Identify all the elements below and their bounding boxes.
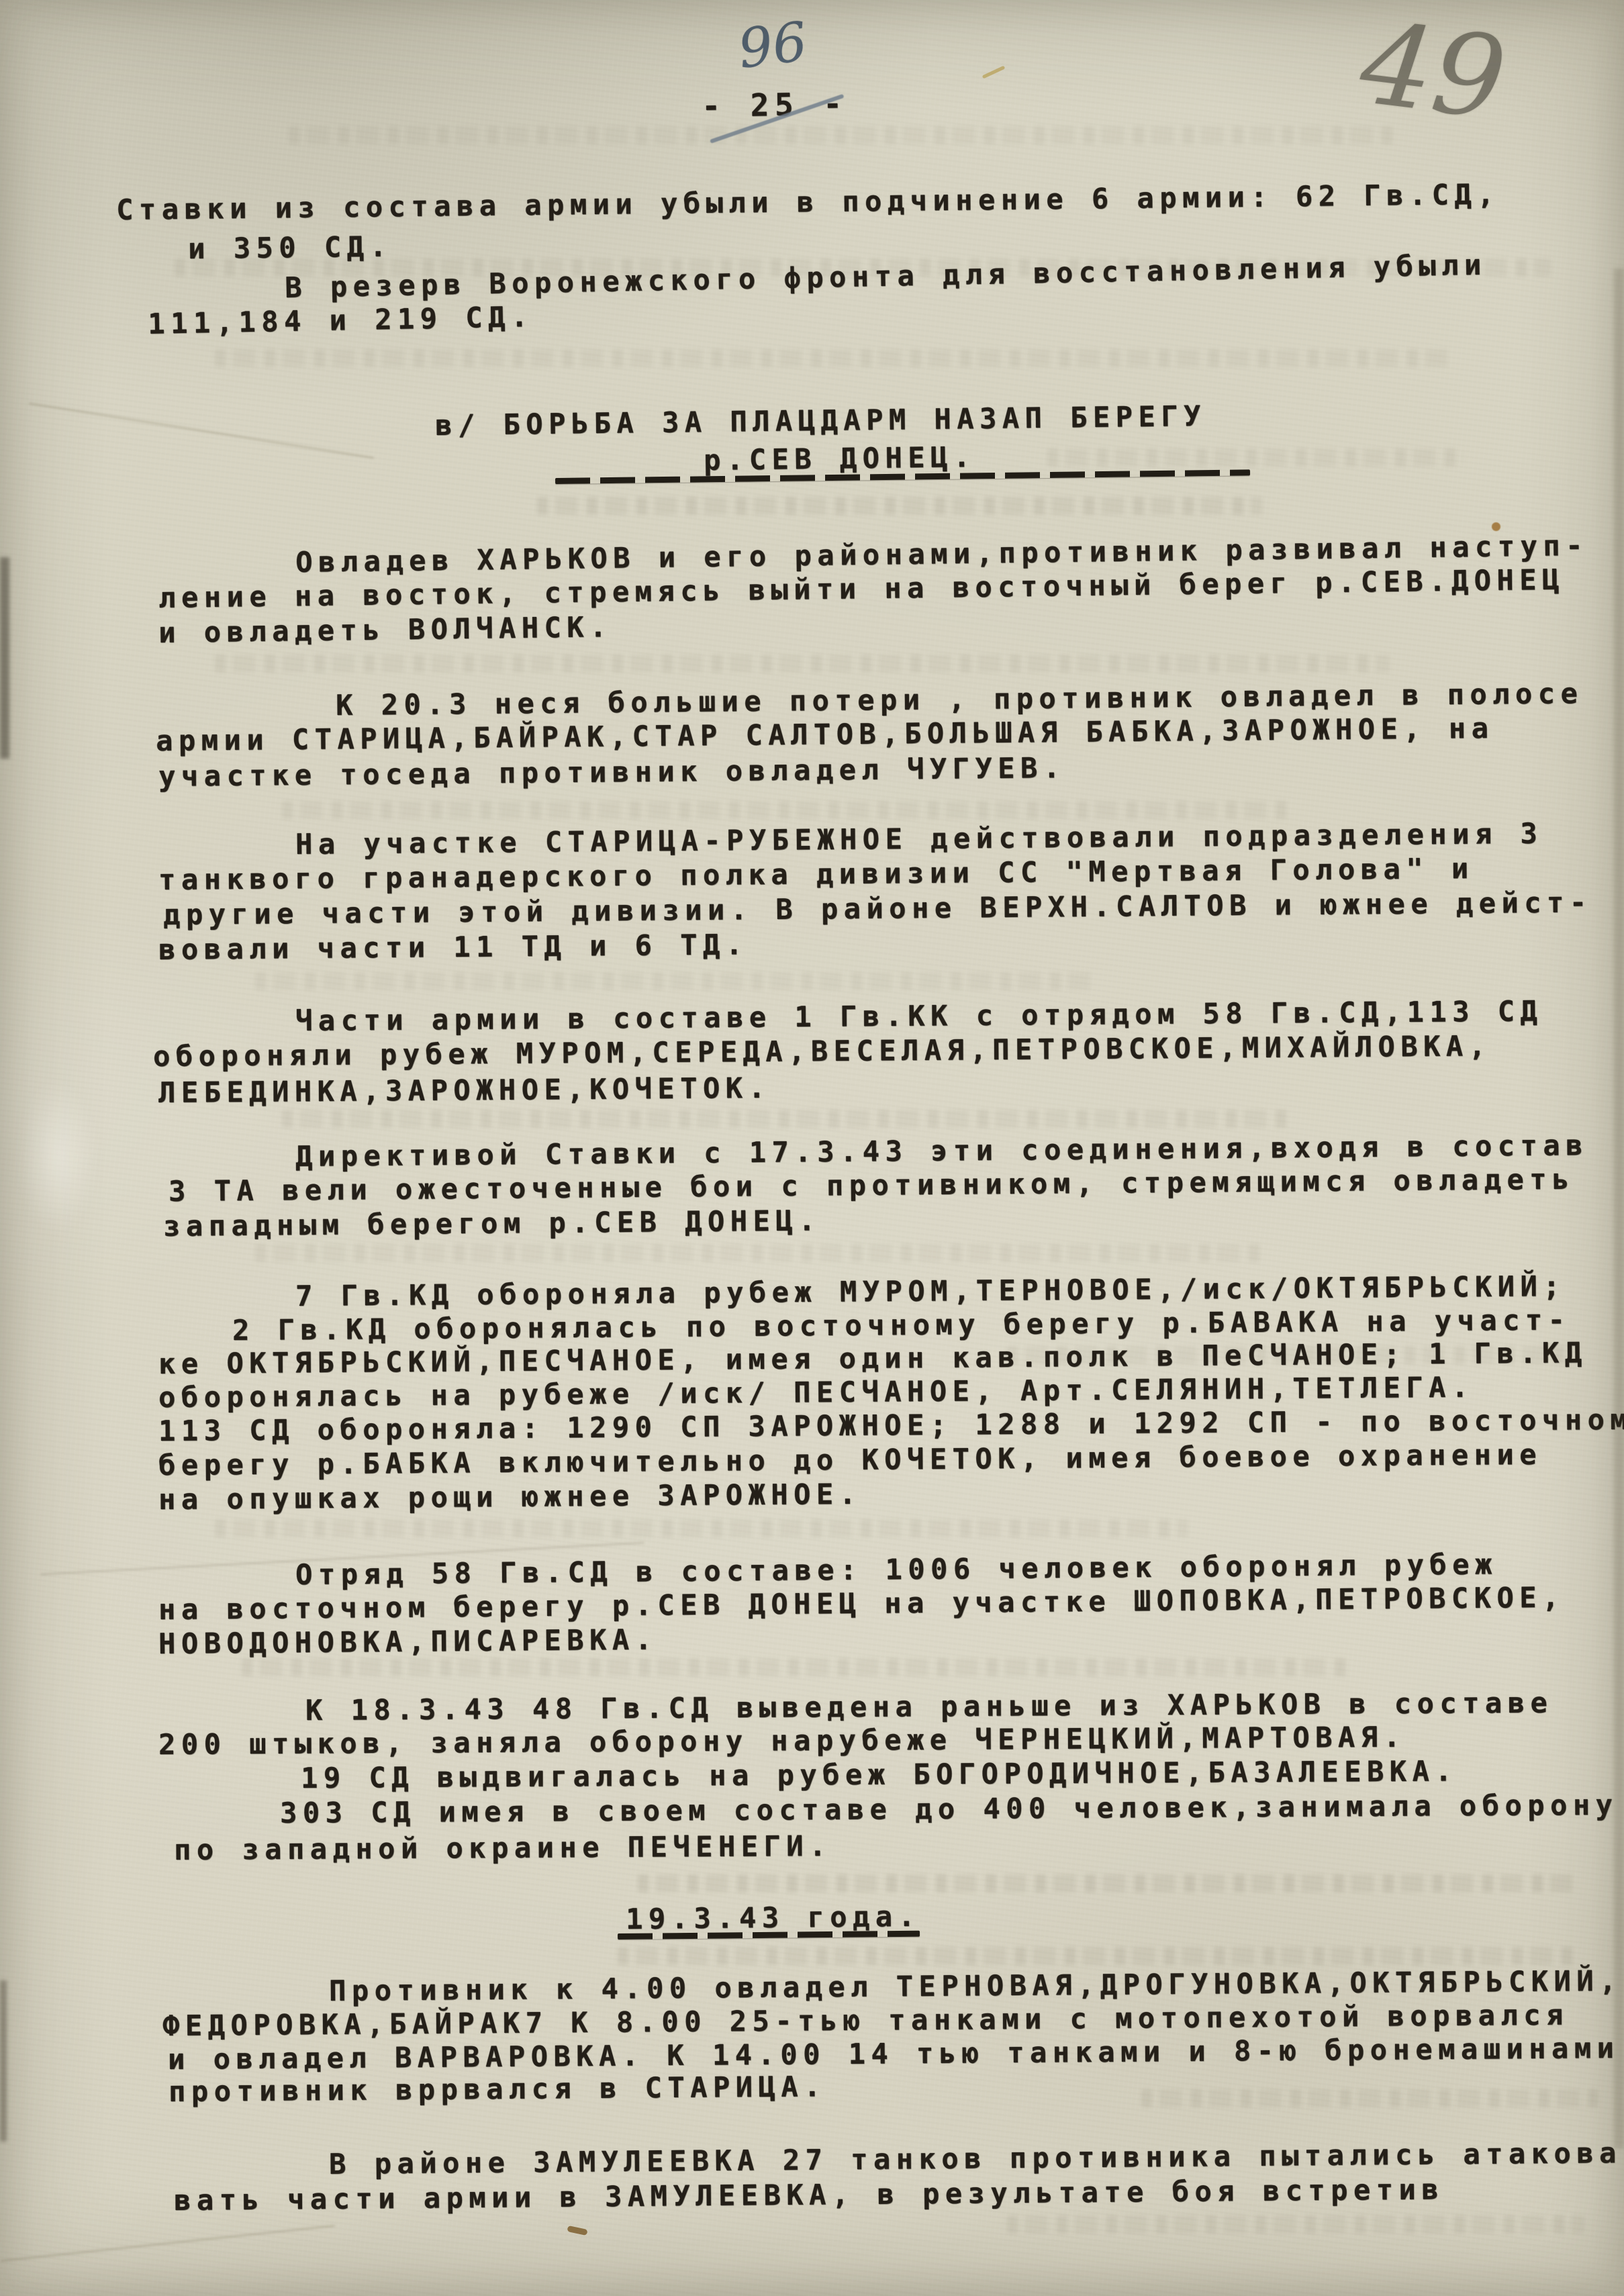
p10-l2: 200 штыков, заняла оборону нарубеже ЧЕРН… xyxy=(158,1723,1406,1759)
p11-l4: противник вррвался в СТАРИЦА. xyxy=(169,2072,826,2106)
p8-l7: на опушках рощи южнее ЗАРОЖНОЕ. xyxy=(158,1480,862,1514)
p10-l4: 303 СД имея в своем составе до 400 челов… xyxy=(280,1791,1619,1827)
p6-l3: ЛЕБЕДИНКА,ЗАРОЖНОЕ,КОЧЕТОК. xyxy=(158,1074,771,1107)
bleed-through-line xyxy=(282,1110,1289,1128)
scan-edge-smudge xyxy=(0,1980,7,2142)
p10-l3: 19 СД выдвигалась на рубеж БОГОРОДИЧНОЕ,… xyxy=(301,1757,1458,1792)
scanned-document-page: 96 - 25 - 49 Ставки из состава армии убы… xyxy=(0,0,1624,2296)
p6-l2: обороняли рубеж МУРОМ,СЕРЕДА,ВЕСЕЛАЯ,ПЕТ… xyxy=(153,1032,1492,1071)
p10-l5: по западной окраине ПЕЧЕНЕГИ. xyxy=(174,1832,832,1864)
bleed-through-line xyxy=(255,1244,1262,1262)
stain xyxy=(567,2226,587,2236)
bleed-through-line xyxy=(1141,2089,1598,2107)
bleed-through-line xyxy=(215,655,1390,673)
date-heading: 19.3.43 года. xyxy=(626,1903,921,1933)
p10-l1: К 18.3.43 48 Гв.СД выведена раньше из ХА… xyxy=(305,1689,1553,1725)
handwritten-corner-number: 49 xyxy=(1355,7,1512,136)
bleed-through-line xyxy=(289,126,1396,144)
bleed-through-line xyxy=(215,1519,1188,1537)
p12-l2: вать части армии в ЗАМУЛЕЕВКА, в результ… xyxy=(174,2175,1444,2215)
bleed-through-line xyxy=(1047,448,1464,467)
p1-l2: и 350 СД. xyxy=(188,233,393,263)
handwritten-page-number: 96 xyxy=(736,15,810,77)
p3-l3: и овладеть ВОЛЧАНСК. xyxy=(158,613,612,647)
p6-l1: Части армии в составе 1 Гв.КК с отрядом … xyxy=(295,997,1543,1035)
p8-l6: берегу р.БАБКА включительно до КОЧЕТОК, … xyxy=(158,1441,1542,1480)
p5-l3: другие части этой дивизии. В районе ВЕРХ… xyxy=(163,888,1592,929)
bleed-through-line xyxy=(1007,2215,1584,2234)
scan-edge-smudge xyxy=(0,557,9,759)
paper-crease xyxy=(29,402,374,459)
p1-l1: Ставки из состава армии убыли в подчинен… xyxy=(116,181,1500,224)
bleed-through-line xyxy=(537,497,1262,515)
stain xyxy=(982,66,1006,79)
p2-l2: 111,184 и 219 СД. xyxy=(148,303,534,338)
bleed-through-line xyxy=(618,1947,1578,1965)
bleed-through-line xyxy=(215,349,1457,367)
bleed-through-line xyxy=(282,801,1289,819)
bleed-through-line xyxy=(255,972,1094,990)
section-heading-line1: в/ БОРЬБА ЗА ПЛАЦДАРМ НАЗАП БЕРЕГУ xyxy=(435,402,1206,440)
bleed-through-line xyxy=(242,1658,1349,1676)
p9-l3: НОВОДОНОВКА,ПИСАРЕВКА. xyxy=(158,1626,658,1658)
p5-l4: вовали части 11 ТД и 6 ТД. xyxy=(158,930,749,964)
paper-wrinkle-highlight xyxy=(0,1046,114,1267)
scan-edge-shadow xyxy=(1614,269,1624,2148)
section-heading-line2: р.СЕВ ДОНЕЦ. xyxy=(704,443,976,475)
p7-l3: западным берегом р.СЕВ ДОНЕЦ. xyxy=(163,1206,821,1241)
p4-l3: участке тоседа противник овладел ЧУГУЕВ. xyxy=(158,754,1066,791)
bleed-through-line xyxy=(638,1874,1578,1893)
paper-crease xyxy=(1,2225,335,2262)
